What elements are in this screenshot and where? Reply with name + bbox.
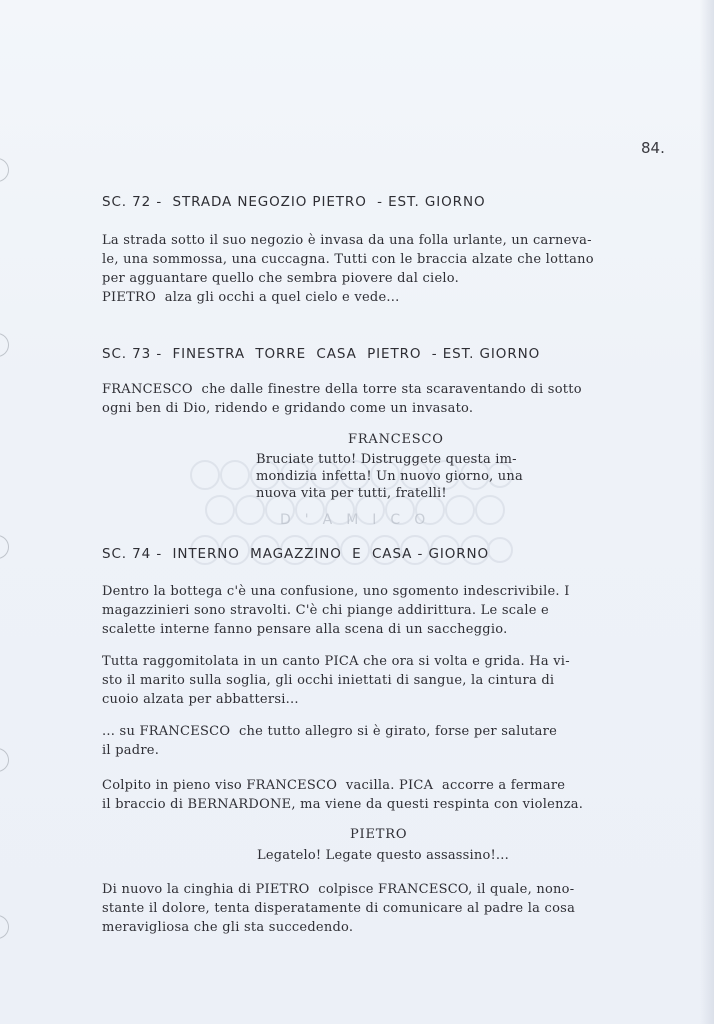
dialogue-line: Bruciate tutto! Distruggete questa im-: [256, 451, 523, 468]
action-paragraph: Dentro la bottega c'è una confusione, un…: [102, 582, 642, 639]
dialogue-line: Legatelo! Legate questo assassino!...: [257, 847, 509, 864]
binding-hole: [0, 158, 9, 182]
binding-hole: [0, 915, 9, 939]
action-line: sto il marito sulla soglia, gli occhi in…: [102, 671, 642, 690]
action-line: cuoio alzata per abbattersi...: [102, 690, 642, 709]
dialogue-line: mondizia infetta! Un nuovo giorno, una: [256, 468, 523, 485]
action-paragraph: Di nuovo la cinghia di PIETRO colpisce F…: [102, 880, 642, 937]
action-line: le, una sommossa, una cuccagna. Tutti co…: [102, 250, 642, 269]
action-paragraph: FRANCESCO che dalle finestre della torre…: [102, 380, 642, 418]
dialogue-character: PIETRO: [350, 827, 407, 842]
action-line: La strada sotto il suo negozio è invasa …: [102, 231, 642, 250]
action-paragraph: La strada sotto il suo negozio è invasa …: [102, 231, 642, 307]
action-line: scalette interne fanno pensare alla scen…: [102, 620, 642, 639]
binding-hole: [0, 535, 9, 559]
action-line: PIETRO alza gli occhi a quel cielo e ved…: [102, 288, 642, 307]
action-paragraph: ... su FRANCESCO che tutto allegro si è …: [102, 722, 642, 760]
binding-hole: [0, 333, 9, 357]
scene-heading: SC. 73 - FINESTRA TORRE CASA PIETRO - ES…: [102, 346, 540, 362]
scene-heading: SC. 74 - INTERNO MAGAZZINO E CASA - GIOR…: [102, 546, 489, 562]
watermark-text: D'AMICO: [280, 512, 439, 528]
action-line: FRANCESCO che dalle finestre della torre…: [102, 380, 642, 399]
action-paragraph: Tutta raggomitolata in un canto PICA che…: [102, 652, 642, 709]
page-number: 84.: [641, 139, 665, 157]
action-line: il padre.: [102, 741, 642, 760]
dialogue-block: Bruciate tutto! Distruggete questa im- m…: [256, 451, 523, 502]
action-line: ogni ben di Dio, ridendo e gridando come…: [102, 399, 642, 418]
binding-hole: [0, 748, 9, 772]
action-line: magazzinieri sono stravolti. C'è chi pia…: [102, 601, 642, 620]
action-line: ... su FRANCESCO che tutto allegro si è …: [102, 722, 642, 741]
action-line: meravigliosa che gli sta succedendo.: [102, 918, 642, 937]
dialogue-block: Legatelo! Legate questo assassino!...: [257, 847, 509, 864]
script-page: D'AMICO 84. SC. 72 - STRADA NEGOZIO PIET…: [0, 0, 714, 1024]
action-paragraph: Colpito in pieno viso FRANCESCO vacilla.…: [102, 776, 642, 814]
action-line: stante il dolore, tenta disperatamente d…: [102, 899, 642, 918]
action-line: per agguantare quello che sembra piovere…: [102, 269, 642, 288]
action-line: Dentro la bottega c'è una confusione, un…: [102, 582, 642, 601]
action-line: Colpito in pieno viso FRANCESCO vacilla.…: [102, 776, 642, 795]
dialogue-line: nuova vita per tutti, fratelli!: [256, 485, 523, 502]
action-line: il braccio di BERNARDONE, ma viene da qu…: [102, 795, 642, 814]
scene-heading: SC. 72 - STRADA NEGOZIO PIETRO - EST. GI…: [102, 194, 485, 210]
action-line: Tutta raggomitolata in un canto PICA che…: [102, 652, 642, 671]
dialogue-character: FRANCESCO: [348, 432, 444, 447]
action-line: Di nuovo la cinghia di PIETRO colpisce F…: [102, 880, 642, 899]
page-edge-shadow: [700, 0, 714, 1024]
